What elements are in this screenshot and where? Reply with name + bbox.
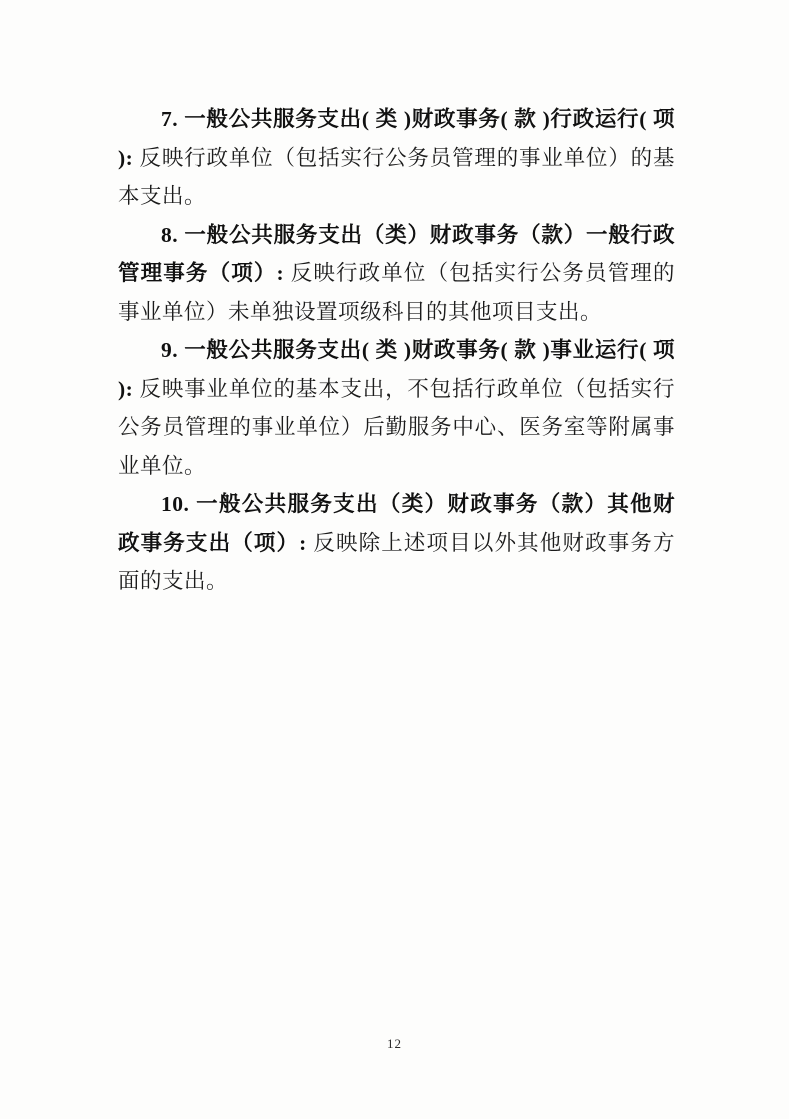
document-page: 7. 一般公共服务支出( 类 )财政事务( 款 )行政运行( 项 ): 反映行政…: [0, 0, 789, 1119]
paragraph-item-10: 10. 一般公共服务支出（类）财政事务（款）其他财政事务支出（项）: 反映除上述…: [118, 485, 675, 601]
page-number: 12: [0, 1036, 789, 1052]
paragraph-item-8: 8. 一般公共服务支出（类）财政事务（款）一般行政管理事务（项）: 反映行政单位…: [118, 216, 675, 332]
paragraph-body: 反映行政单位（包括实行公务员管理的事业单位）的基本支出。: [118, 146, 675, 209]
page-body-text: 7. 一般公共服务支出( 类 )财政事务( 款 )行政运行( 项 ): 反映行政…: [118, 100, 675, 601]
paragraph-body: 反映事业单位的基本支出，不包括行政单位（包括实行公务员管理的事业单位）后勤服务中…: [118, 377, 675, 478]
paragraph-item-9: 9. 一般公共服务支出( 类 )财政事务( 款 )事业运行( 项 ): 反映事业…: [118, 331, 675, 485]
paragraph-item-7: 7. 一般公共服务支出( 类 )财政事务( 款 )行政运行( 项 ): 反映行政…: [118, 100, 675, 216]
